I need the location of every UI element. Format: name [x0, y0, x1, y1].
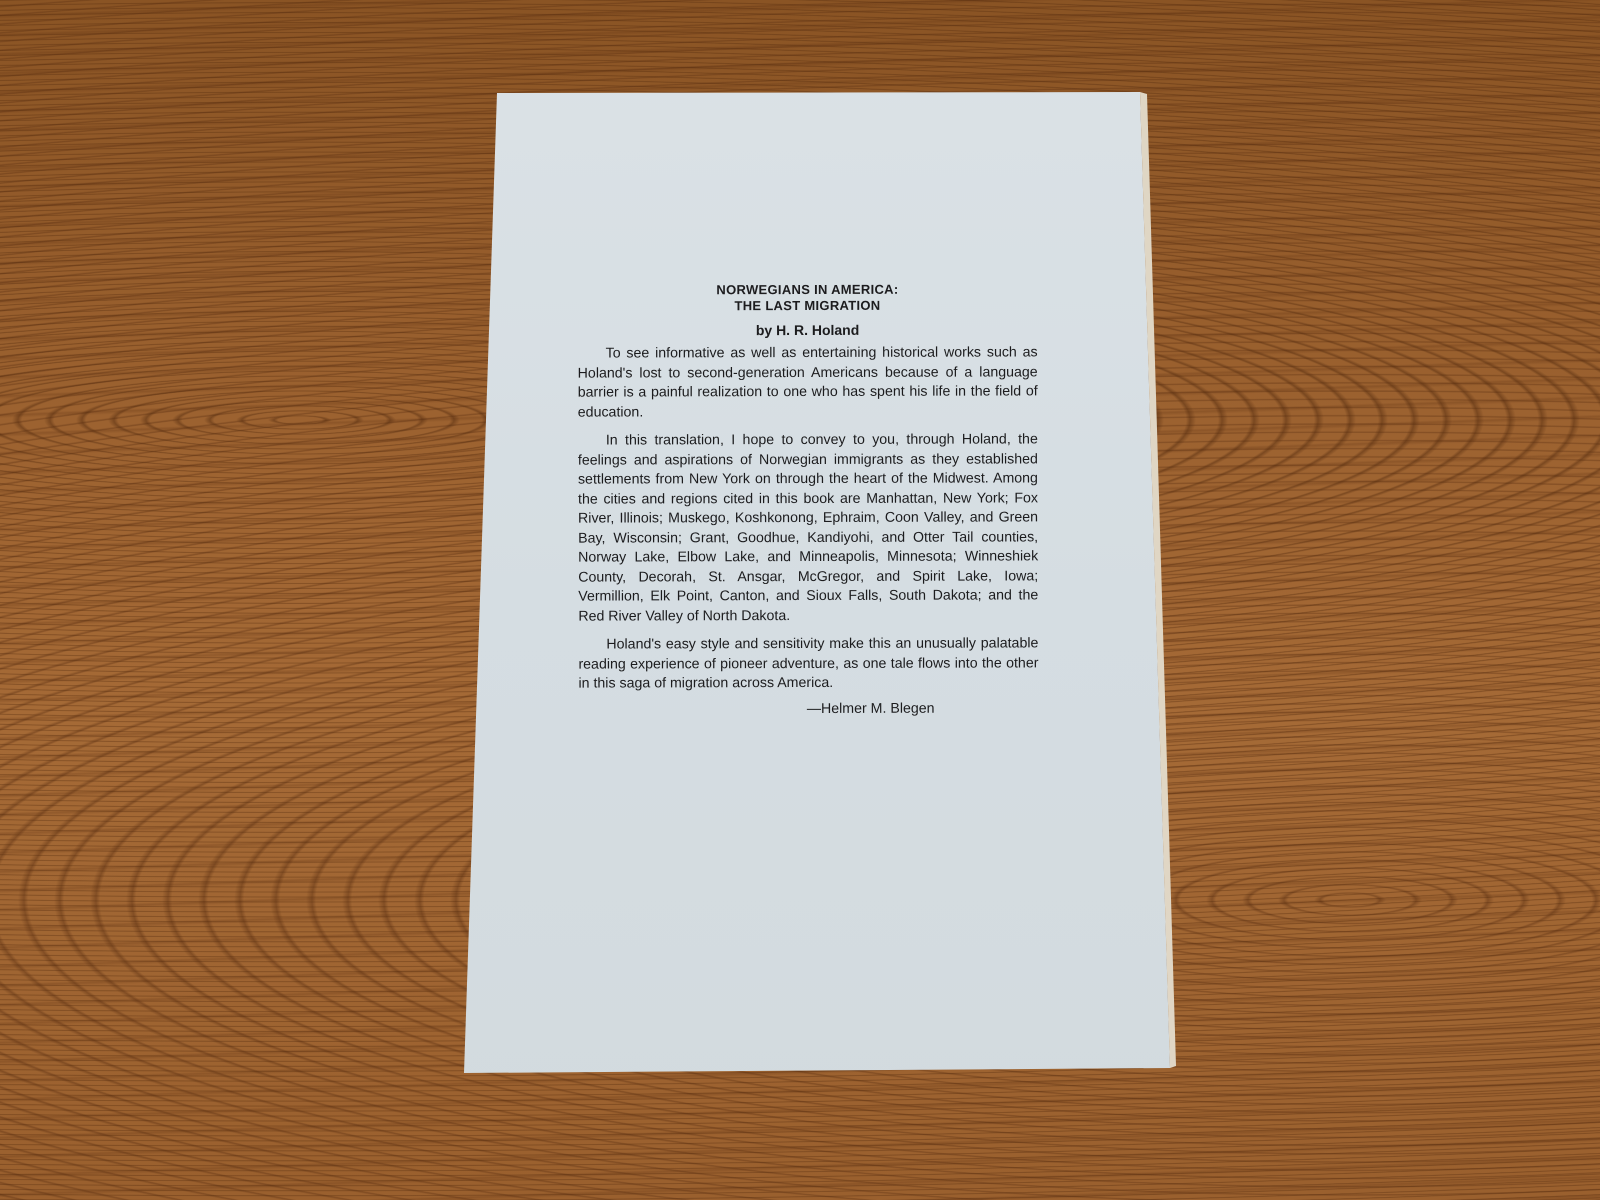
book-title-line-1: NORWEGIANS IN AMERICA:	[577, 281, 1037, 298]
cover-blurb: NORWEGIANS IN AMERICA: THE LAST MIGRATIO…	[577, 281, 1038, 717]
book-author: by H. R. Holand	[578, 321, 1038, 338]
blurb-paragraph-1: To see informative as well as entertaini…	[578, 343, 1038, 422]
blurb-paragraph-3: Holand's easy style and sensitivity make…	[578, 634, 1038, 694]
book-back-cover: NORWEGIANS IN AMERICA: THE LAST MIGRATIO…	[0, 0, 1600, 1200]
blurb-paragraph-2: In this translation, I hope to convey to…	[578, 430, 1039, 626]
blurb-signature: —Helmer M. Blegen	[579, 700, 1039, 717]
book-title-line-2: THE LAST MIGRATION	[577, 297, 1037, 314]
